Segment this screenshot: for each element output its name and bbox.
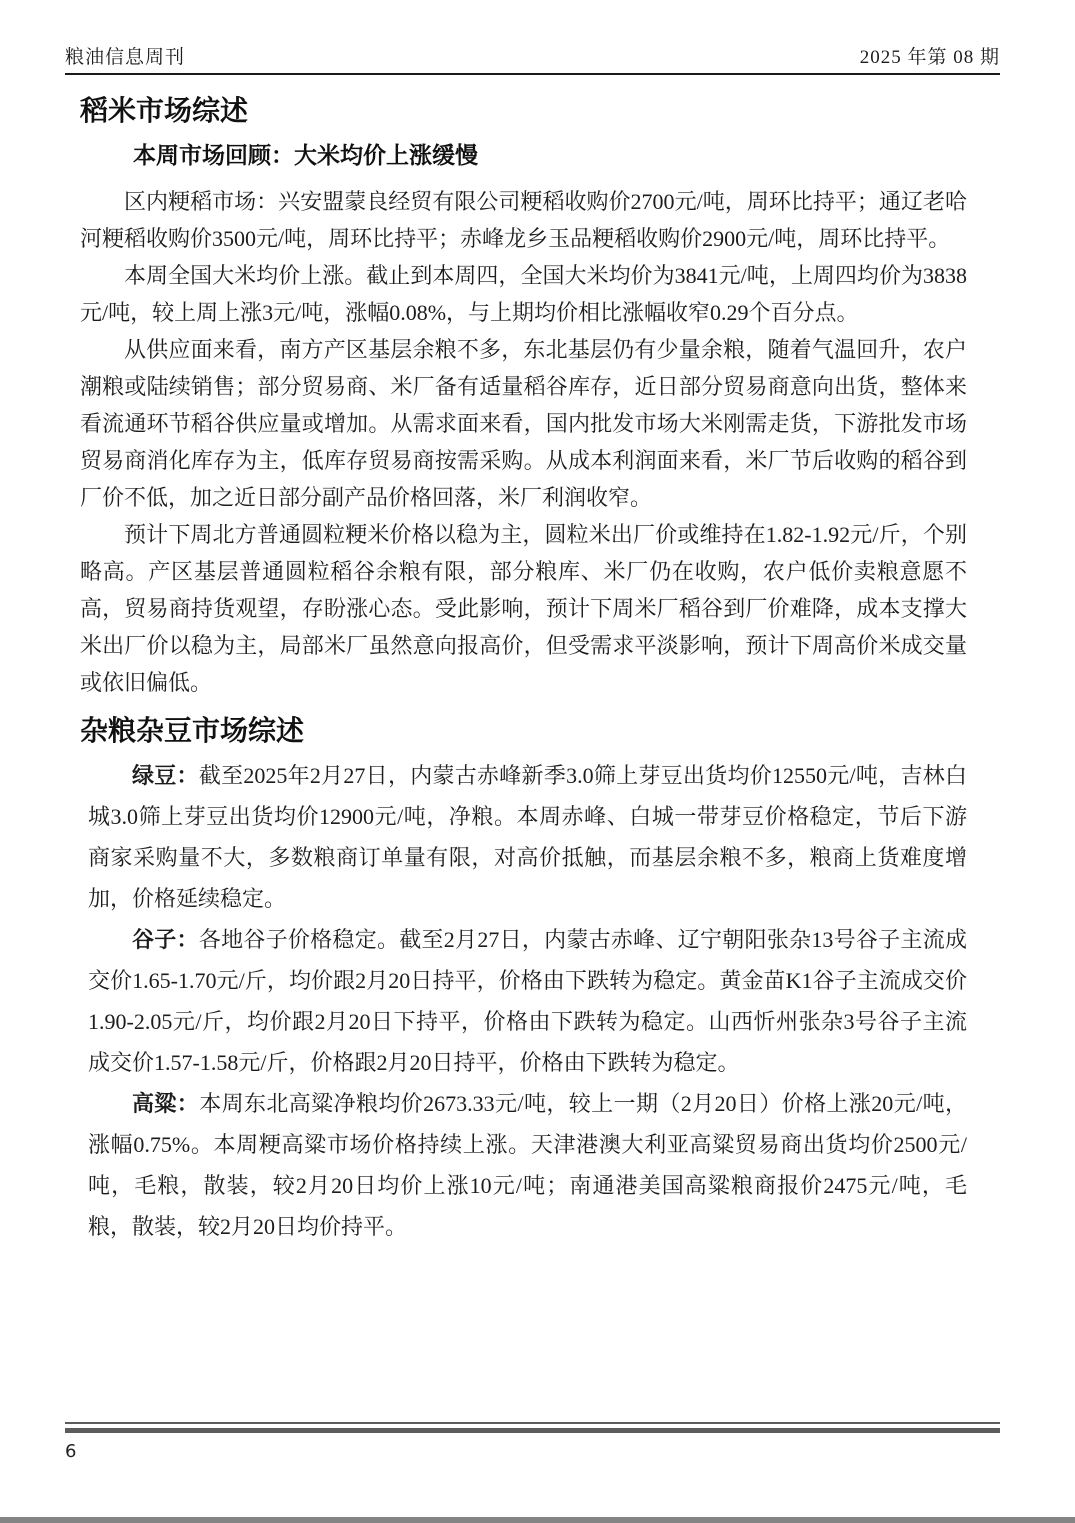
sorghum-text: 本周东北高粱净粮均价2673.33元/吨，较上一期（2月20日）价格上涨20元/… xyxy=(88,1091,967,1239)
paragraph-supply-demand-cost: 从供应面来看，南方产区基层余粮不多，东北基层仍有少量余粮，随着气温回升，农户潮粮… xyxy=(80,331,967,516)
window-bottom-edge xyxy=(0,1517,1075,1523)
paragraph-regional-japonica-prices: 区内粳稻市场：兴安盟蒙良经贸有限公司粳稻收购价2700元/吨，周环比持平；通辽老… xyxy=(80,183,967,257)
millet-text: 各地谷子价格稳定。截至2月27日，内蒙古赤峰、辽宁朝阳张杂13号谷子主流成交价1… xyxy=(88,927,967,1075)
page-content: 稻米市场综述 本周市场回顾：大米均价上涨缓慢 区内粳稻市场：兴安盟蒙良经贸有限公… xyxy=(80,95,967,1247)
millet-label: 谷子： xyxy=(132,927,199,952)
green-bean-label: 绿豆： xyxy=(132,763,199,788)
grains-section-title: 杂粮杂豆市场综述 xyxy=(80,715,967,747)
page-number: 6 xyxy=(65,1441,76,1462)
footer-rule-thick xyxy=(65,1428,1000,1433)
paragraph-millet: 谷子：各地谷子价格稳定。截至2月27日，内蒙古赤峰、辽宁朝阳张杂13号谷子主流成… xyxy=(88,919,967,1083)
paragraph-next-week-forecast: 预计下周北方普通圆粒粳米价格以稳为主，圆粒米出厂价或维持在1.82-1.92元/… xyxy=(80,516,967,701)
footer-rule-thin xyxy=(65,1422,1000,1424)
issue-label: 2025 年第 08 期 xyxy=(860,42,1000,69)
sorghum-label: 高粱： xyxy=(132,1091,199,1116)
rice-section-title: 稻米市场综述 xyxy=(80,95,967,127)
rice-section-subtitle: 本周市场回顾：大米均价上涨缓慢 xyxy=(133,141,967,171)
page-header: 粮油信息周刊 2025 年第 08 期 xyxy=(65,42,1000,75)
paragraph-sorghum: 高粱：本周东北高粱净粮均价2673.33元/吨，较上一期（2月20日）价格上涨2… xyxy=(88,1083,967,1247)
paragraph-national-rice-average: 本周全国大米均价上涨。截止到本周四，全国大米均价为3841元/吨，上周四均价为3… xyxy=(80,257,967,331)
paragraph-green-bean: 绿豆：截至2025年2月27日，内蒙古赤峰新季3.0筛上芽豆出货均价12550元… xyxy=(88,755,967,919)
journal-title: 粮油信息周刊 xyxy=(65,42,185,69)
green-bean-text: 截至2025年2月27日，内蒙古赤峰新季3.0筛上芽豆出货均价12550元/吨，… xyxy=(88,763,967,911)
